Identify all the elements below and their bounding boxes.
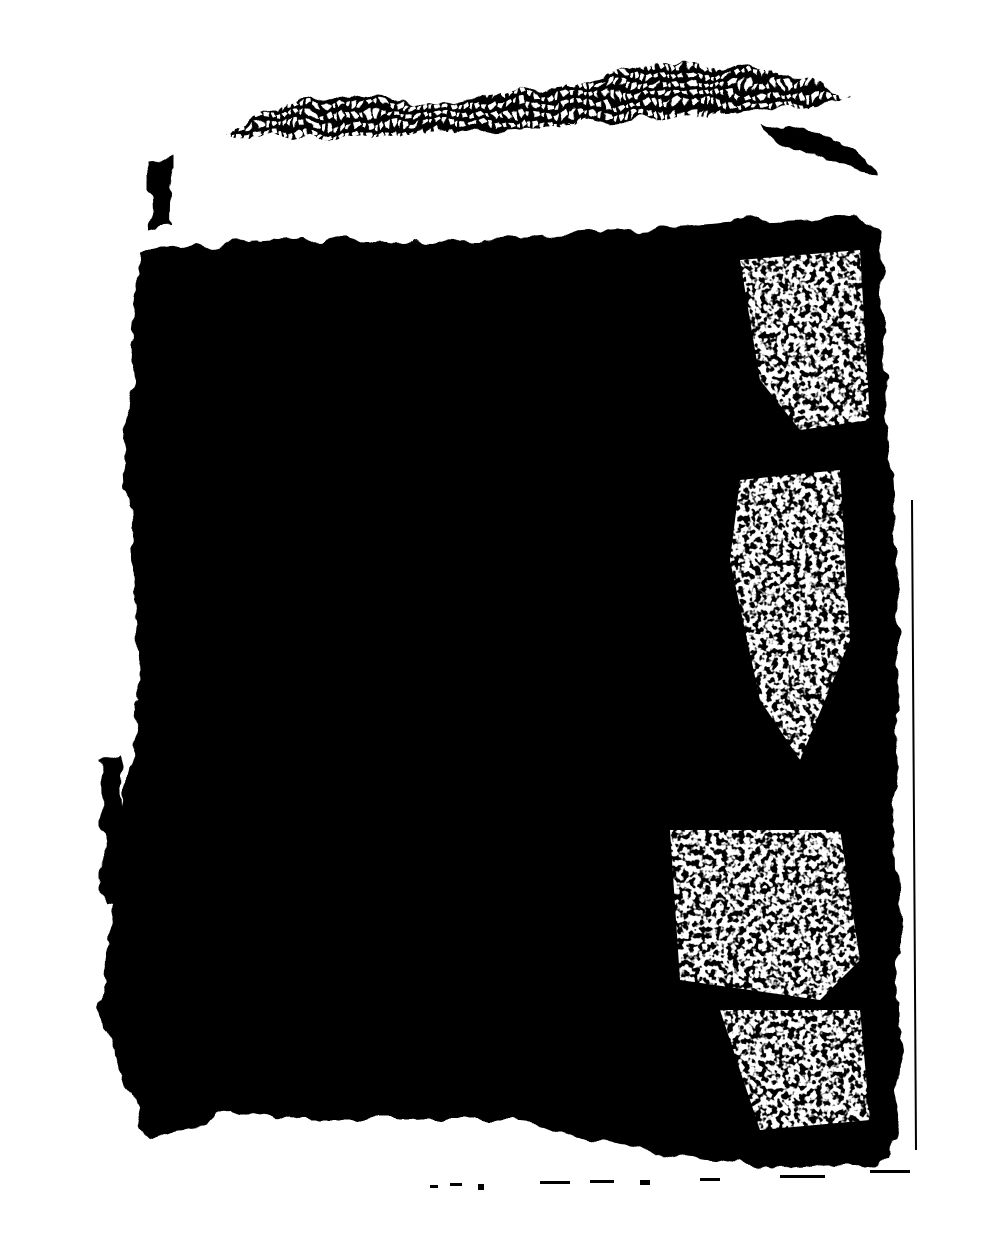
top-right-ink-streak <box>765 122 875 175</box>
lower-left-ink-fragment <box>100 755 126 905</box>
right-edge-line <box>912 500 916 1150</box>
crackled-top-band <box>225 61 850 137</box>
grunge-texture-canvas <box>0 0 1000 1250</box>
left-ink-fragment <box>148 158 172 230</box>
grunge-texture-art <box>0 0 1000 1250</box>
bottom-specks <box>430 1170 910 1190</box>
